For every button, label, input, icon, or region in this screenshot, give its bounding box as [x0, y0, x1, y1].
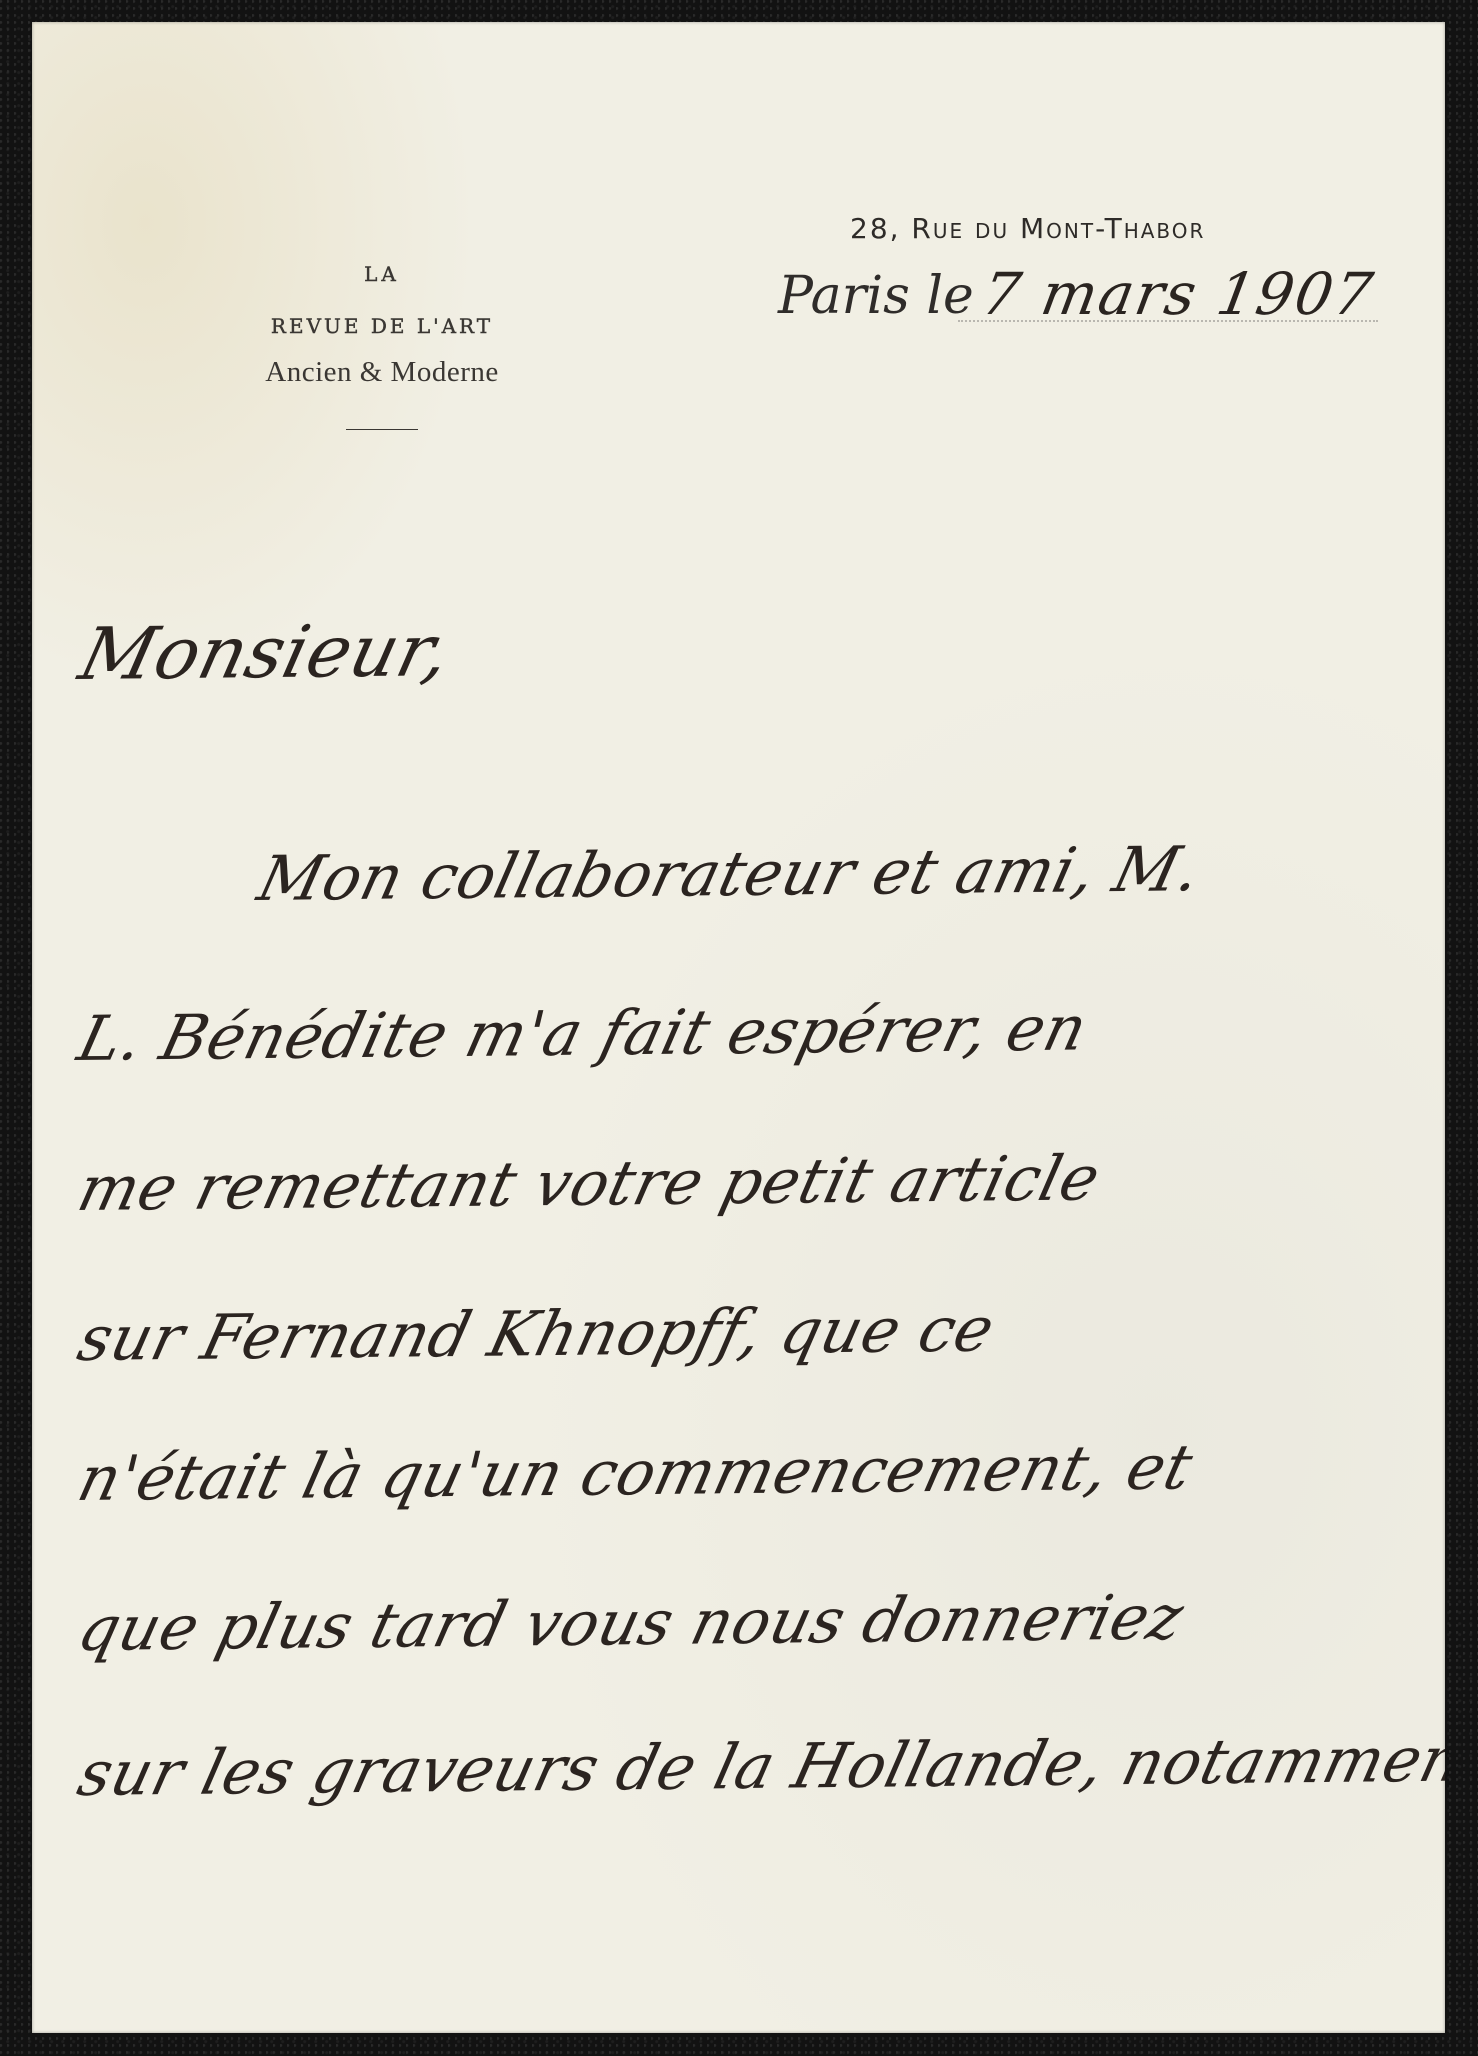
masthead-la: LA — [222, 262, 542, 286]
letter-line-7: sur les graveurs de la Hollande, notamme… — [71, 1722, 1445, 1810]
masthead-divider — [346, 429, 418, 430]
letter-line-4: sur Fernand Khnopff, que ce — [71, 1292, 1001, 1375]
masthead-subtitle: Ancien & Moderne — [222, 356, 542, 389]
letter-line-3: me remettant votre petit article — [71, 1141, 1107, 1225]
dateline-place: Paris le — [778, 266, 974, 326]
masthead-title: REVUE DE L'ART — [222, 314, 542, 338]
bleed-through-decoration: ​ — [329, 442, 335, 528]
letter-sheet: ​ LA REVUE DE L'ART Ancien & Moderne 28,… — [32, 22, 1445, 2033]
letter-line-6: que plus tard vous nous donneriez — [71, 1580, 1191, 1665]
letterhead-address: 28, Rue du Mont-Thabor — [850, 212, 1205, 245]
letter-line-5: n'était là qu'un commencement, et — [71, 1430, 1200, 1515]
dateline: Paris le 7 mars 1907 — [778, 262, 1398, 382]
letter-line-1: Mon collaborateur et ami, M. — [251, 832, 1208, 915]
letter-line-2: L. Bénédite m'a fait espérer, en — [71, 991, 1094, 1075]
letter-salutation: Monsieur, — [72, 608, 459, 696]
dateline-date: 7 mars 1907 — [977, 260, 1379, 328]
letterhead-masthead: LA REVUE DE L'ART Ancien & Moderne — [222, 262, 542, 430]
